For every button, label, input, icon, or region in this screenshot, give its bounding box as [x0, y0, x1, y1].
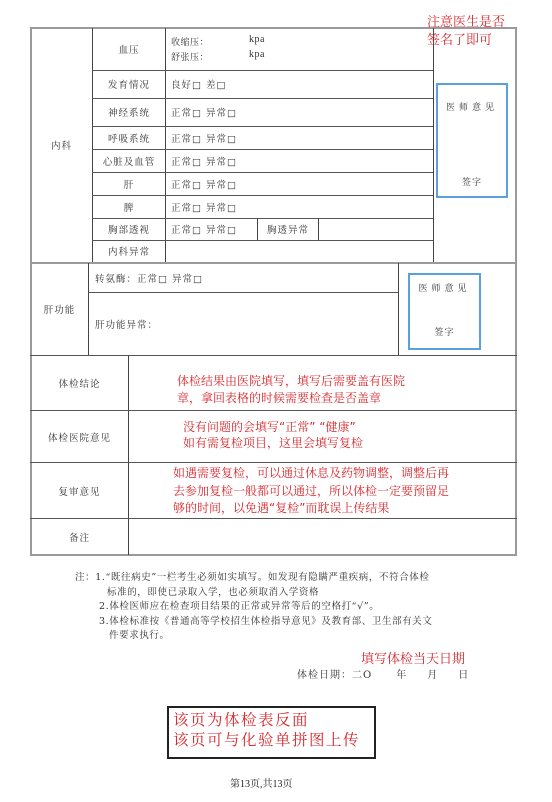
row-label-spleen: 脾: [93, 195, 165, 218]
row-label-blood-pressure: 血压: [93, 28, 165, 70]
row-label-nervous-system: 神经系统: [93, 98, 165, 126]
exam-date-day: 日: [458, 670, 469, 681]
diastolic-label: 舒张压：: [171, 50, 209, 63]
note-item-3-cont: 件要求执行。: [75, 629, 432, 644]
development-checkboxes[interactable]: 良好□ 差□: [165, 70, 433, 98]
note-item-1: 1.“既往病史”一栏考生必须如实填写。如发现有隐瞒严重疾病，不符合体检: [95, 572, 429, 583]
chest-xray-checkboxes[interactable]: 正常□ 异常□: [165, 218, 257, 240]
stamp-line-2: 该页可与化验单拼图上传: [173, 730, 370, 750]
stamp-line-1: 该页为体检表反面: [173, 710, 370, 730]
annotation-line: 如有需复检项目，这里会填写复检: [183, 435, 363, 451]
chest-xray-abnormal-field[interactable]: [319, 218, 433, 240]
note-item-1-cont: 标准的，即使已录取入学，也必须取消入学资格: [75, 586, 432, 601]
annotation-line: 签名了即可: [427, 32, 505, 50]
note-item-3: 3.体检标准按《普通高等学校招生体检指导意见》及教育部、卫生部有关文: [75, 615, 432, 630]
liver-function-abnormal-field[interactable]: 肝功能异常：: [89, 293, 398, 355]
annotation-line: 去参加复检一般都可以通过，所以体检一定要预留足: [173, 483, 449, 501]
annotation-line: 章，拿回表格的时候需要检查是否盖章: [177, 390, 405, 407]
exam-date-prefix[interactable]: 二O: [352, 670, 372, 681]
transaminase-checkboxes[interactable]: 转氨酶：正常□ 异常□: [89, 263, 398, 292]
doctor-signature-label: 签字: [438, 175, 506, 188]
doctor-signature-label: 签字: [410, 325, 479, 338]
exam-date-month: 月: [427, 670, 438, 681]
liver-checkboxes[interactable]: 正常□ 异常□: [165, 172, 433, 195]
spleen-checkboxes[interactable]: 正常□ 异常□: [165, 195, 433, 218]
doctor-opinion-title: 医师意见: [410, 281, 479, 294]
nervous-system-checkboxes[interactable]: 正常□ 异常□: [165, 98, 433, 126]
annotation-line: 注意医生是否: [427, 14, 505, 32]
row-label-respiratory-system: 呼吸系统: [93, 126, 165, 149]
row-label-review-opinion: 复审意见: [31, 463, 128, 518]
row-label-liver: 肝: [93, 172, 165, 195]
diastolic-unit: kpa: [249, 49, 265, 60]
row-label-exam-conclusion: 体检结论: [31, 356, 128, 410]
row-label-development: 发育情况: [93, 70, 165, 98]
systolic-unit: kpa: [249, 34, 265, 45]
doctor-opinion-title: 医师意见: [438, 100, 506, 113]
remarks-field[interactable]: [129, 519, 515, 554]
row-label-heart-vessels: 心脏及血管: [93, 149, 165, 172]
table-bottom-border: [30, 554, 517, 556]
annotation-line: 如遇需要复检，可以通过休息及药物调整，调整后再: [173, 465, 449, 483]
annotation-line: 没有问题的会填写“正常” “健康”: [183, 419, 363, 435]
section-label-internal-medicine: 内科: [31, 28, 92, 262]
table-right-border: [515, 27, 517, 556]
row-label-internal-abnormal: 内科异常: [93, 240, 165, 262]
page-number: 第13页,共13页: [230, 775, 293, 790]
notes-prefix: 注：: [75, 572, 95, 583]
exam-date-label: 体检日期：: [297, 670, 352, 681]
doctor-opinion-box-internal[interactable]: 医师意见 签字: [436, 83, 508, 198]
divider: [433, 28, 434, 262]
respiratory-system-checkboxes[interactable]: 正常□ 异常□: [165, 126, 433, 149]
hospital-opinion-annotation: 没有问题的会填写“正常” “健康” 如有需复检项目，这里会填写复检: [183, 419, 363, 451]
heart-vessels-checkboxes[interactable]: 正常□ 异常□: [165, 149, 433, 172]
divider: [398, 263, 399, 355]
chest-xray-abnormal-label: 胸透异常: [258, 218, 318, 240]
section-label-liver-function: 肝功能: [31, 263, 88, 355]
note-item-2: 2.体检医师应在检查项目结果的正常或异常等后的空格打“√”。: [75, 600, 432, 615]
review-annotation: 如遇需要复检，可以通过休息及药物调整，调整后再 去参加复检一般都可以通过，所以体…: [173, 465, 449, 518]
internal-abnormal-field[interactable]: [166, 240, 433, 262]
annotation-line: 够的时间，以免遇“复检”而耽误上传结果: [173, 500, 449, 518]
row-label-hospital-opinion: 体检医院意见: [31, 411, 128, 462]
doctor-signature-annotation: 注意医生是否 签名了即可: [427, 14, 505, 50]
conclusion-annotation: 体检结果由医院填写，填写后需要盖有医院 章，拿回表格的时候需要检查是否盖章: [177, 373, 405, 407]
systolic-label: 收缩压：: [171, 35, 209, 48]
row-label-chest-xray: 胸部透视: [93, 218, 165, 240]
row-label-remarks: 备注: [31, 519, 128, 554]
reverse-side-note-box: 该页为体检表反面 该页可与化验单拼图上传: [167, 706, 376, 759]
exam-date-year: 年: [396, 670, 407, 681]
doctor-opinion-box-liver[interactable]: 医师意见 签字: [408, 273, 481, 350]
annotation-line: 体检结果由医院填写，填写后需要盖有医院: [177, 373, 405, 390]
notes-block: 注：1.“既往病史”一栏考生必须如实填写。如发现有隐瞒严重疾病，不符合体检 标准…: [75, 571, 432, 644]
date-annotation: 填写体检当天日期: [361, 648, 465, 667]
exam-date: 体检日期：二O年月日: [297, 666, 469, 681]
